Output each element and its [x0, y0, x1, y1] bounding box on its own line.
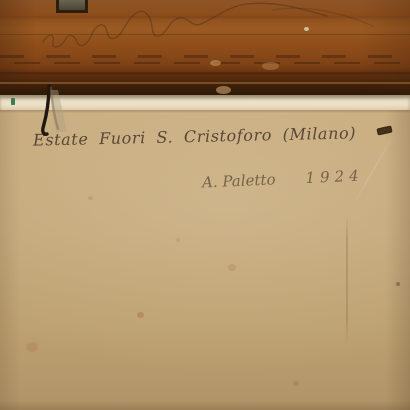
stain-spot: [137, 312, 144, 318]
stain-spot: [293, 381, 299, 386]
pencil-scribble: [18, 2, 398, 54]
tack-mark: [376, 126, 392, 136]
inscription-signature: A. Paletto: [202, 170, 276, 191]
stain-spot: [396, 282, 400, 286]
wood-frame: [0, 0, 410, 97]
painting-back-photo: Estate Fuori S. Cristoforo (Milano) A. P…: [0, 0, 410, 410]
inscription-signature-line: A. Paletto 1924: [202, 166, 364, 191]
inscription-year: 1924: [305, 166, 364, 187]
wood-grain-line: [0, 72, 410, 74]
stain-spot: [26, 342, 38, 352]
wood-grain-line: [0, 55, 410, 58]
wood-chip-mark: [210, 60, 221, 66]
cardboard-backing: Estate Fuori S. Cristoforo (Milano) A. P…: [0, 110, 410, 410]
green-paint-speck: [11, 98, 15, 105]
wood-grain-line: [0, 62, 410, 64]
stain-spot: [88, 196, 93, 200]
cardboard-crease: [346, 213, 348, 345]
stain-spot: [176, 238, 180, 242]
wood-chip-mark: [262, 62, 279, 70]
inscription-title: Estate Fuori S. Cristoforo (Milano): [33, 123, 356, 149]
stain-spot: [228, 264, 236, 271]
bent-nail: [34, 84, 70, 140]
wood-chip-mark: [216, 86, 231, 94]
